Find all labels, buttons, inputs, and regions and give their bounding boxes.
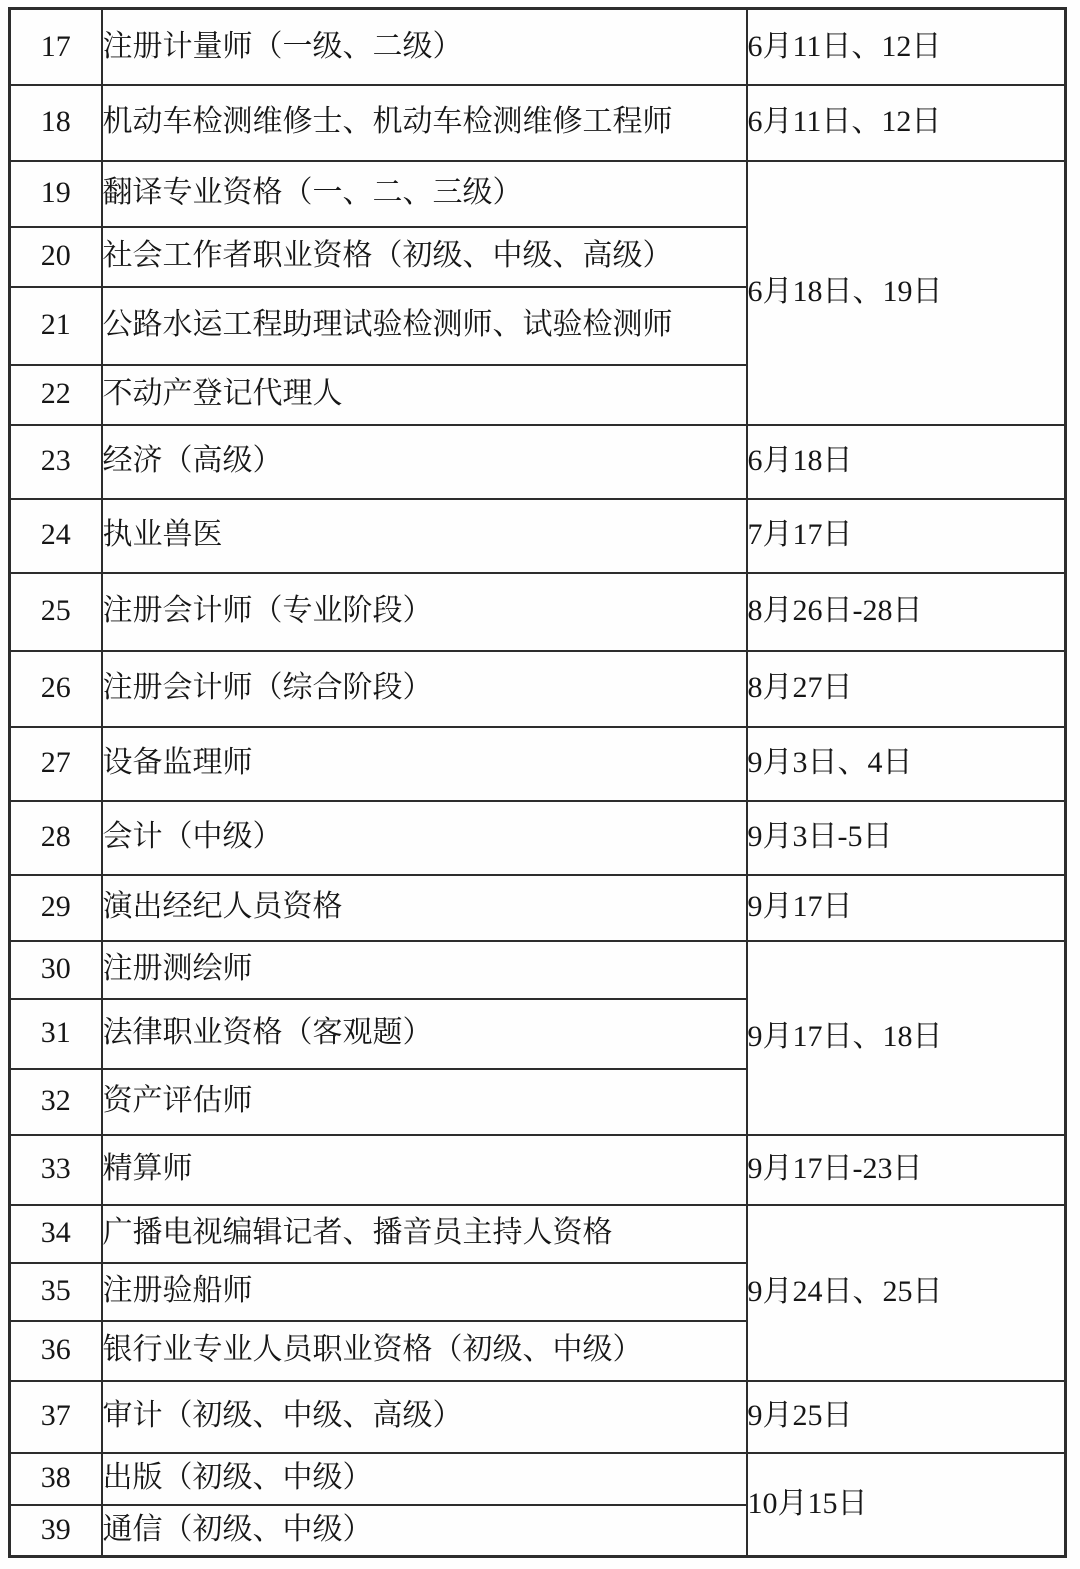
- exam-name-cell: 翻译专业资格（一、二、三级）: [102, 161, 747, 227]
- exam-date-cell: 6月11日、12日: [747, 85, 1066, 161]
- exam-date-cell: 7月17日: [747, 499, 1066, 573]
- exam-name-cell: 注册会计师（综合阶段）: [102, 651, 747, 727]
- exam-date-cell: 10月15日: [747, 1453, 1066, 1557]
- row-number-cell: 31: [10, 999, 102, 1069]
- exam-name-cell: 不动产登记代理人: [102, 365, 747, 425]
- row-number-cell: 19: [10, 161, 102, 227]
- table-row: 27设备监理师9月3日、4日: [10, 727, 1066, 801]
- table-row: 37审计（初级、中级、高级）9月25日: [10, 1381, 1066, 1453]
- exam-date-cell: 9月3日-5日: [747, 801, 1066, 875]
- table-row: 34广播电视编辑记者、播音员主持人资格9月24日、25日: [10, 1205, 1066, 1263]
- exam-name-cell: 银行业专业人员职业资格（初级、中级）: [102, 1321, 747, 1381]
- exam-date-cell: 6月18日、19日: [747, 161, 1066, 425]
- row-number-cell: 36: [10, 1321, 102, 1381]
- exam-name-cell: 注册测绘师: [102, 941, 747, 999]
- row-number-cell: 28: [10, 801, 102, 875]
- exam-name-cell: 会计（中级）: [102, 801, 747, 875]
- exam-date-cell: 8月26日-28日: [747, 573, 1066, 651]
- exam-name-cell: 法律职业资格（客观题）: [102, 999, 747, 1069]
- exam-date-cell: 9月24日、25日: [747, 1205, 1066, 1381]
- exam-name-cell: 机动车检测维修士、机动车检测维修工程师: [102, 85, 747, 161]
- exam-name-cell: 注册验船师: [102, 1263, 747, 1321]
- row-number-cell: 32: [10, 1069, 102, 1135]
- table-row: 38出版（初级、中级）10月15日: [10, 1453, 1066, 1505]
- row-number-cell: 30: [10, 941, 102, 999]
- row-number-cell: 18: [10, 85, 102, 161]
- exam-date-cell: 8月27日: [747, 651, 1066, 727]
- table-row: 30注册测绘师9月17日、18日: [10, 941, 1066, 999]
- exam-schedule-table-body: 17注册计量师（一级、二级）6月11日、12日18机动车检测维修士、机动车检测维…: [10, 9, 1066, 1557]
- row-number-cell: 37: [10, 1381, 102, 1453]
- table-row: 18机动车检测维修士、机动车检测维修工程师6月11日、12日: [10, 85, 1066, 161]
- exam-date-cell: 9月17日: [747, 875, 1066, 941]
- table-row: 33精算师9月17日-23日: [10, 1135, 1066, 1205]
- exam-name-cell: 公路水运工程助理试验检测师、试验检测师: [102, 287, 747, 365]
- exam-date-cell: 9月3日、4日: [747, 727, 1066, 801]
- exam-name-cell: 演出经纪人员资格: [102, 875, 747, 941]
- table-row: 28会计（中级）9月3日-5日: [10, 801, 1066, 875]
- exam-name-cell: 出版（初级、中级）: [102, 1453, 747, 1505]
- table-row: 19翻译专业资格（一、二、三级）6月18日、19日: [10, 161, 1066, 227]
- row-number-cell: 33: [10, 1135, 102, 1205]
- exam-name-cell: 精算师: [102, 1135, 747, 1205]
- row-number-cell: 34: [10, 1205, 102, 1263]
- exam-name-cell: 设备监理师: [102, 727, 747, 801]
- row-number-cell: 22: [10, 365, 102, 425]
- row-number-cell: 38: [10, 1453, 102, 1505]
- exam-name-cell: 注册会计师（专业阶段）: [102, 573, 747, 651]
- exam-date-cell: 9月17日、18日: [747, 941, 1066, 1135]
- table-row: 23经济（高级）6月18日: [10, 425, 1066, 499]
- row-number-cell: 27: [10, 727, 102, 801]
- row-number-cell: 35: [10, 1263, 102, 1321]
- table-row: 25注册会计师（专业阶段）8月26日-28日: [10, 573, 1066, 651]
- row-number-cell: 23: [10, 425, 102, 499]
- exam-schedule-table: 17注册计量师（一级、二级）6月11日、12日18机动车检测维修士、机动车检测维…: [8, 7, 1067, 1558]
- row-number-cell: 20: [10, 227, 102, 287]
- table-row: 26注册会计师（综合阶段）8月27日: [10, 651, 1066, 727]
- row-number-cell: 21: [10, 287, 102, 365]
- exam-name-cell: 资产评估师: [102, 1069, 747, 1135]
- row-number-cell: 39: [10, 1505, 102, 1557]
- table-row: 29演出经纪人员资格9月17日: [10, 875, 1066, 941]
- exam-date-cell: 9月17日-23日: [747, 1135, 1066, 1205]
- exam-date-cell: 9月25日: [747, 1381, 1066, 1453]
- document-page: 17注册计量师（一级、二级）6月11日、12日18机动车检测维修士、机动车检测维…: [0, 0, 1080, 1569]
- exam-date-cell: 6月11日、12日: [747, 9, 1066, 85]
- exam-name-cell: 审计（初级、中级、高级）: [102, 1381, 747, 1453]
- table-row: 24执业兽医7月17日: [10, 499, 1066, 573]
- exam-name-cell: 注册计量师（一级、二级）: [102, 9, 747, 85]
- exam-name-cell: 通信（初级、中级）: [102, 1505, 747, 1557]
- exam-name-cell: 广播电视编辑记者、播音员主持人资格: [102, 1205, 747, 1263]
- exam-date-cell: 6月18日: [747, 425, 1066, 499]
- row-number-cell: 17: [10, 9, 102, 85]
- table-row: 17注册计量师（一级、二级）6月11日、12日: [10, 9, 1066, 85]
- row-number-cell: 25: [10, 573, 102, 651]
- row-number-cell: 26: [10, 651, 102, 727]
- exam-name-cell: 社会工作者职业资格（初级、中级、高级）: [102, 227, 747, 287]
- row-number-cell: 29: [10, 875, 102, 941]
- exam-name-cell: 执业兽医: [102, 499, 747, 573]
- exam-name-cell: 经济（高级）: [102, 425, 747, 499]
- row-number-cell: 24: [10, 499, 102, 573]
